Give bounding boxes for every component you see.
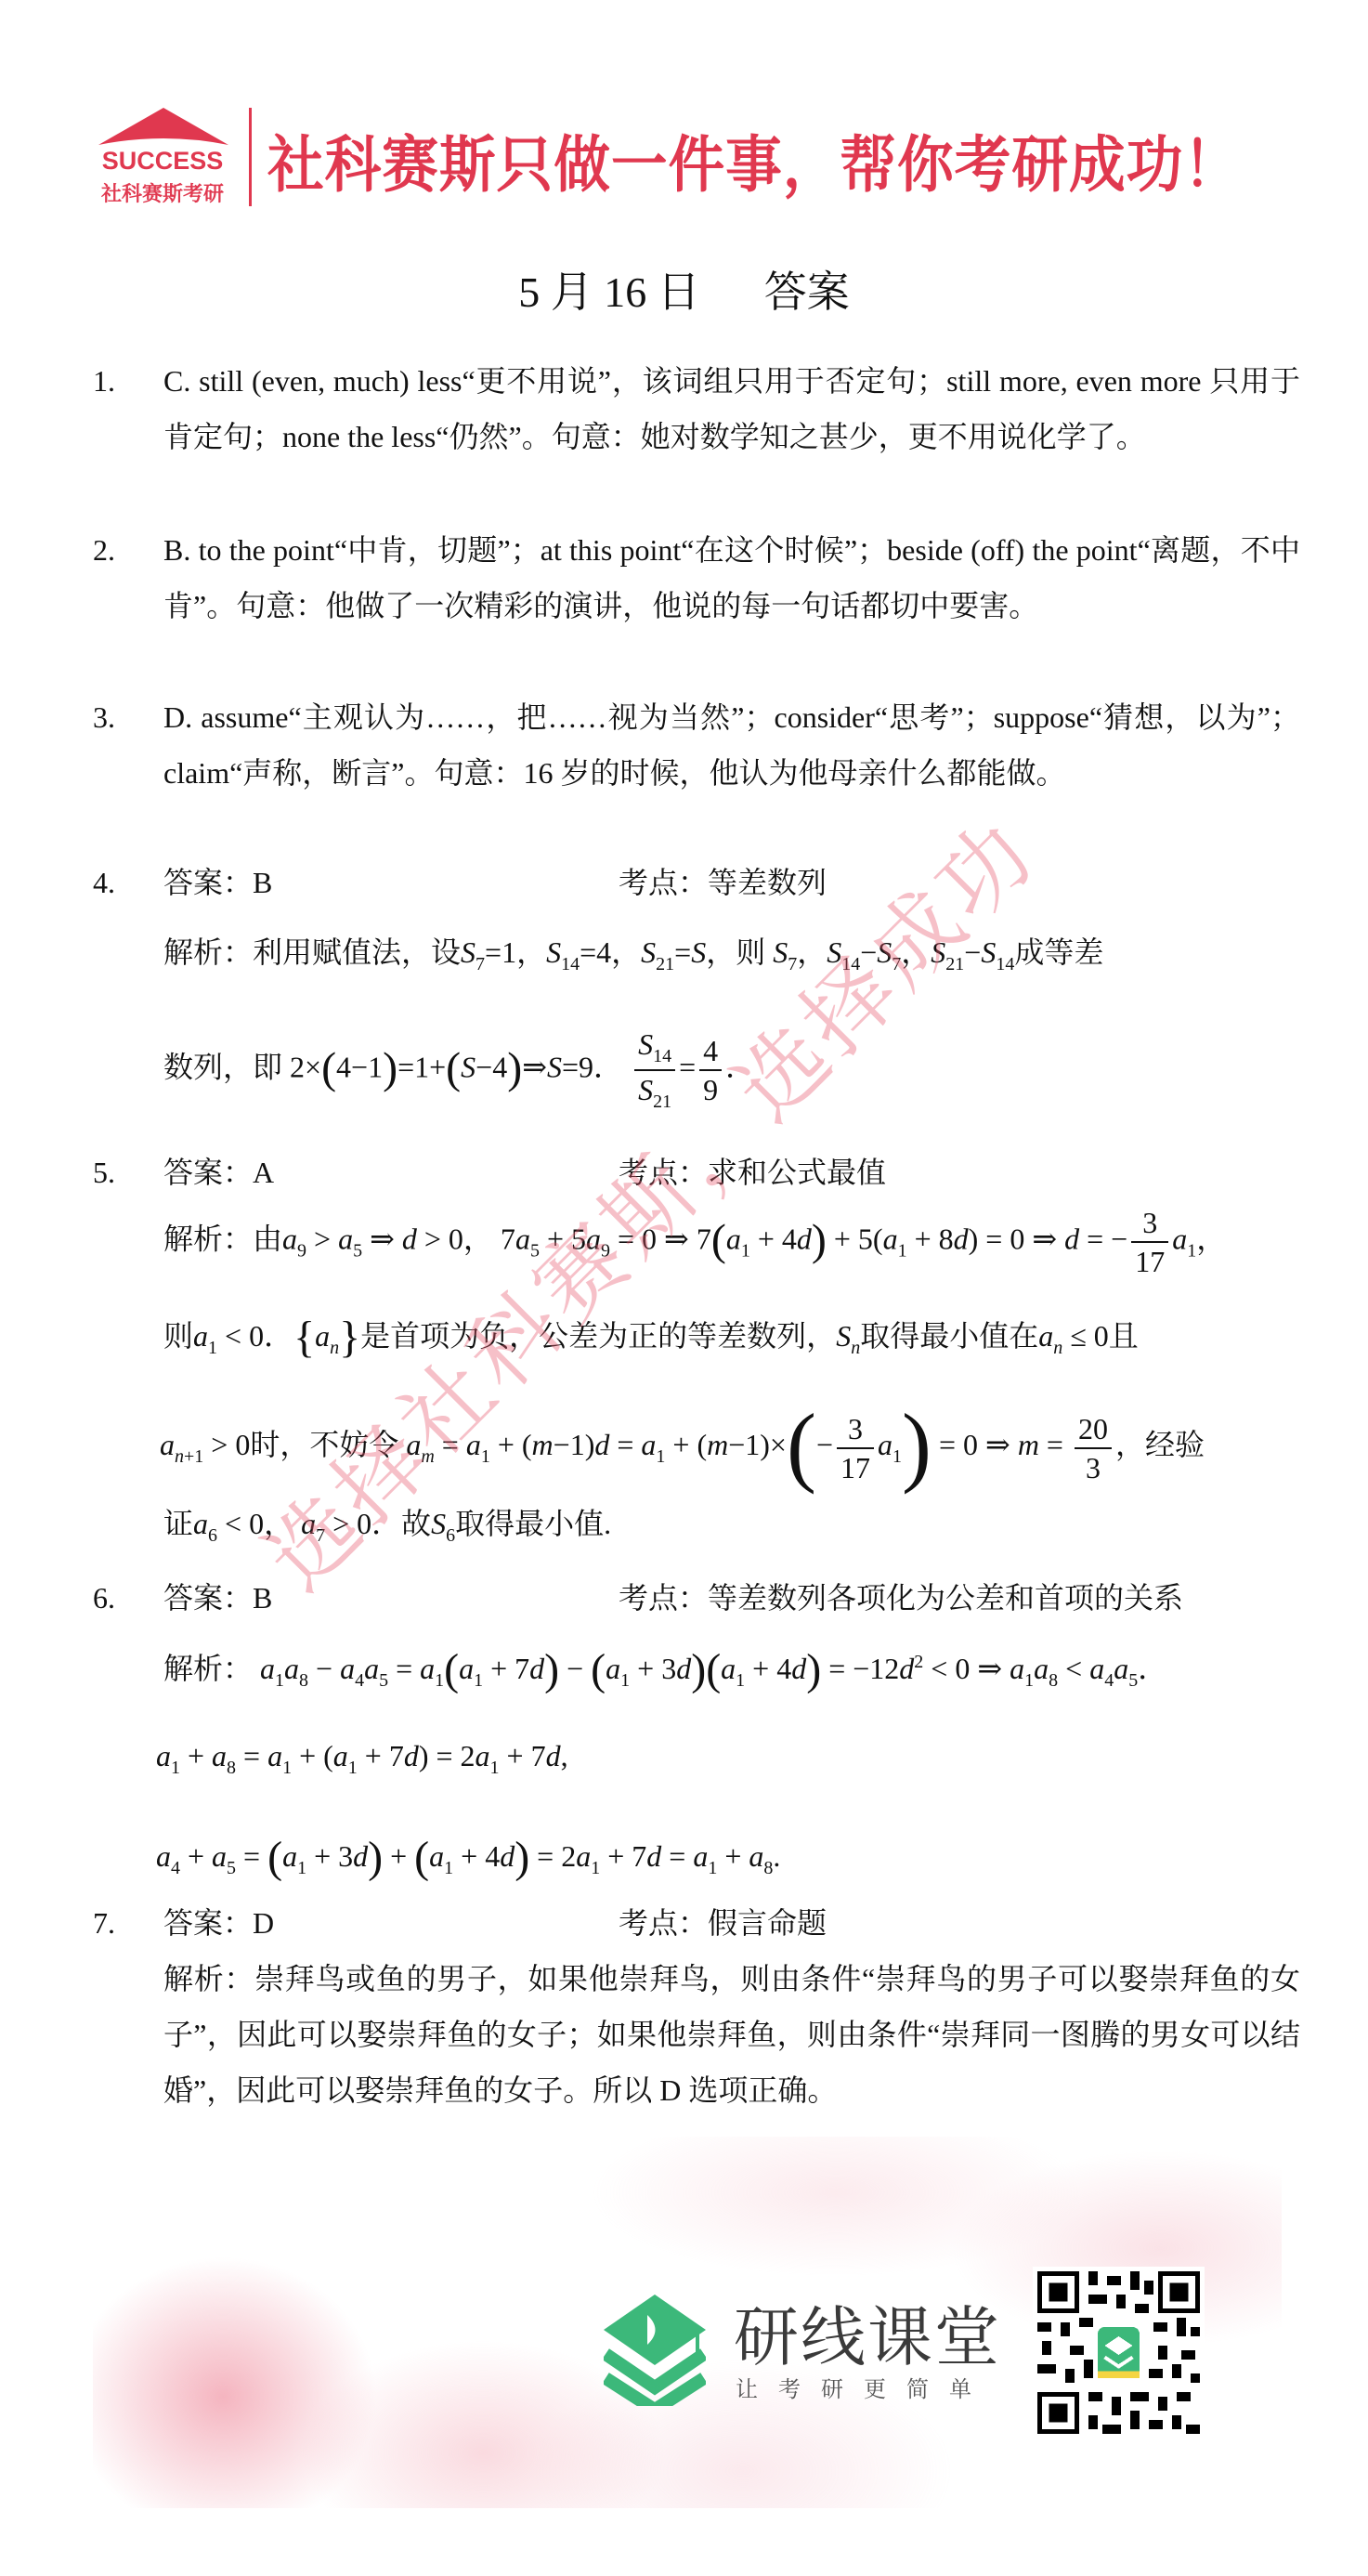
success-logo: SUCCESS 社科赛斯考研: [93, 104, 232, 206]
text-span: 解析：利用赋值法，设: [163, 935, 461, 969]
answer-choice: 答案：D: [163, 1906, 274, 1940]
text-span: 解析：由: [163, 1222, 282, 1255]
text-span: 且: [1109, 1319, 1139, 1353]
knowledge-point: 考点：等差数列: [619, 855, 827, 910]
page-title: 5 月 16 日 答案: [0, 258, 1368, 320]
answer-6-head: 6. 答案：B 考点：等差数列各项化为公差和首项的关系: [93, 1570, 1300, 1626]
brand-name: 研线课堂: [734, 2285, 1001, 2379]
analysis-line-1: 解析： a1a8 − a4a5 = a1(a1 + 7d) − (a1 + 3d…: [163, 1644, 1167, 1695]
text-span: 数列，即: [163, 1050, 282, 1083]
answer-5-head-text: 答案：A 考点：求和公式最值: [163, 1144, 1300, 1200]
answer-7-head-text: 答案：D 考点：假言命题: [163, 1895, 1300, 1951]
knowledge-point: 考点：求和公式最值: [619, 1144, 886, 1200]
brand-slogan: 让考研更简单: [736, 2371, 992, 2403]
answer-choice: 答案：B: [163, 1581, 272, 1615]
analysis-line-2: a1 + a8 = a1 + (a1 + 7d) = 2a1 + 7d,: [156, 1739, 568, 1779]
qr-code[interactable]: [1033, 2267, 1205, 2439]
answer-choice: 答案：B: [163, 866, 272, 899]
answer-number: 7.: [93, 1895, 115, 1951]
text-span: 取得最小值.: [455, 1507, 611, 1540]
analysis-text: 解析：崇拜鸟或鱼的男子，如果他崇拜鸟，则由条件“崇拜鸟的男子可以娶崇拜鱼的女子”…: [93, 1951, 1300, 2118]
analysis-line-3: a4 + a5 = (a1 + 3d) + (a1 + 4d) = 2a1 + …: [156, 1832, 780, 1883]
knowledge-point: 考点：假言命题: [619, 1895, 827, 1951]
answer-4-head: 4. 答案：B 考点：等差数列: [93, 855, 1300, 910]
text-span: 时，不妨令: [250, 1428, 398, 1461]
text-span: 解析：: [163, 1652, 253, 1685]
header-slogan: 社科赛斯只做一件事，帮你考研成功！: [267, 115, 1241, 203]
header-divider: [249, 108, 252, 206]
answer-number: 4.: [93, 855, 115, 910]
roof-icon: [98, 108, 228, 149]
text-span: 成等差: [1014, 935, 1103, 969]
analysis-line-1: 解析：由a9 > a5 ⇒ d > 0， 7a5 + 5a9 = 0 ⇒ 7(a…: [163, 1208, 1226, 1276]
answer-text: 解析：崇拜鸟或鱼的男子，如果他崇拜鸟，则由条件“崇拜鸟的男子可以娶崇拜鱼的女子”…: [163, 1951, 1300, 2118]
analysis-line-2: 则a1 < 0．{an}是首项为负，公差为正的等差数列，Sn取得最小值在an ≤…: [163, 1312, 1139, 1363]
analysis-line-4: 证a6 < 0， a7 > 0．故S6取得最小值.: [163, 1500, 611, 1547]
knowledge-point: 考点：等差数列各项化为公差和首项的关系: [619, 1570, 1183, 1626]
answer-choice: 答案：A: [163, 1156, 274, 1189]
analysis-line-2: 数列，即 2×(4−1)=1+(S−4)⇒S=9． S14S21=49．: [163, 1029, 755, 1111]
text-span: ，经验: [1115, 1428, 1205, 1461]
answer-2: 2. B. to the point“中肯，切题”；at this point“…: [93, 522, 1300, 634]
answer-text: B. to the point“中肯，切题”；at this point“在这个…: [163, 522, 1300, 634]
logo-text-en: SUCCESS: [93, 147, 232, 176]
answer-number: 3.: [93, 689, 115, 745]
answer-3: 3. D. assume“主观认为……，把……视为当然”；consider“思考…: [93, 689, 1300, 801]
answer-6-head-text: 答案：B 考点：等差数列各项化为公差和首项的关系: [163, 1570, 1300, 1626]
answer-number: 5.: [93, 1144, 115, 1200]
page-header: SUCCESS 社科赛斯考研 社科赛斯只做一件事，帮你考研成功！: [93, 104, 1300, 206]
answer-text: C. still (even, much) less“更不用说”，该词组只用于否…: [163, 353, 1300, 464]
answer-number: 6.: [93, 1570, 115, 1626]
text-span: 是首项为负，公差为正的等差数列，: [360, 1319, 836, 1353]
text-span: 则: [163, 1319, 193, 1353]
answer-7-head: 7. 答案：D 考点：假言命题: [93, 1895, 1300, 1951]
answer-4-head-text: 答案：B 考点：等差数列: [163, 855, 1300, 910]
logo-text-cn: 社科赛斯考研: [93, 178, 232, 207]
brand-logo: 研线课堂 让考研更简单: [594, 2285, 1003, 2452]
qr-code-icon: [1033, 2267, 1205, 2439]
text-span: 证: [163, 1507, 193, 1540]
analysis-line-1: 解析：利用赋值法，设S7=1，S14=4，S21=S，则 S7，S14−S7，S…: [163, 929, 1103, 975]
answer-number: 1.: [93, 353, 115, 409]
text-span: 取得最小值在: [860, 1319, 1038, 1353]
answer-5-head: 5. 答案：A 考点：求和公式最值: [93, 1144, 1300, 1200]
analysis-line-3: an+1 > 0时，不妨令 am = a1 + (m−1)d = a1 + (m…: [160, 1393, 1205, 1497]
answer-1: 1. C. still (even, much) less“更不用说”，该词组只…: [93, 353, 1300, 464]
text-span: ．故: [371, 1507, 431, 1540]
answer-number: 2.: [93, 522, 115, 578]
answer-text: D. assume“主观认为……，把……视为当然”；consider“思考”；s…: [163, 689, 1300, 801]
graduation-cap-icon: [604, 2295, 706, 2406]
